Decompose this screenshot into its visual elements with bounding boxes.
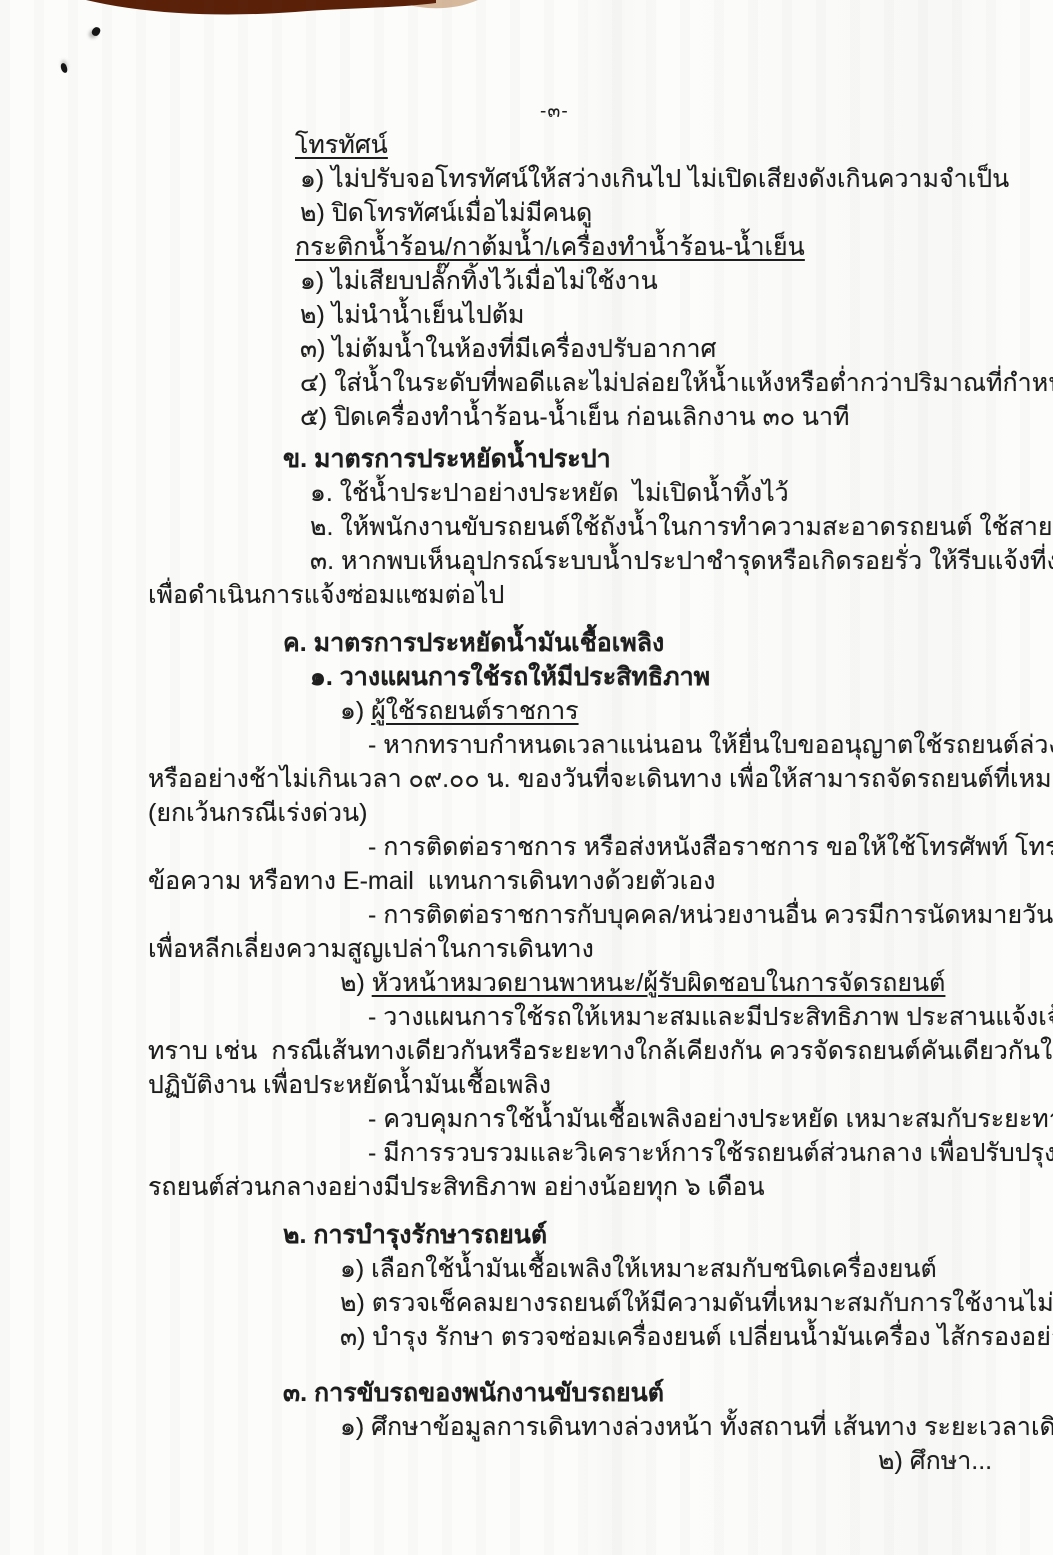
doc-line: ๓. หากพบเห็นอุปกรณ์ระบบน้ำประปาชำรุดหรือ… [310, 544, 1053, 578]
doc-line: - การติดต่อราชการกับบุคคล/หน่วยงานอื่น ค… [368, 898, 1053, 932]
doc-line: ๒) ศึกษา... [878, 1444, 1053, 1478]
doc-line: (ยกเว้นกรณีเร่งด่วน) [148, 796, 1053, 830]
doc-line: กระติกน้ำร้อน/กาต้มน้ำ/เครื่องทำน้ำร้อน-… [295, 230, 1053, 264]
doc-line: - ควบคุมการใช้น้ำมันเชื้อเพลิงอย่างประหย… [368, 1102, 1053, 1136]
doc-line: ๓) บำรุง รักษา ตรวจซ่อมเครื่องยนต์ เปลี่… [340, 1320, 1053, 1354]
doc-line: - มีการรวบรวมและวิเคราะห์การใช้รถยนต์ส่ว… [368, 1136, 1053, 1170]
scan-edge-strip [86, 0, 436, 14]
doc-line: ๑. ใช้น้ำประปาอย่างประหยัด ไม่เปิดน้ำทิ้… [310, 476, 1053, 510]
doc-line: - หากทราบกำหนดเวลาแน่นอน ให้ยื่นใบขออนุญ… [368, 728, 1053, 762]
doc-line: รถยนต์ส่วนกลางอย่างมีประสิทธิภาพ อย่างน้… [148, 1170, 1053, 1204]
doc-line: เพื่อหลีกเลี่ยงความสูญเปล่าในการเดินทาง [148, 932, 1053, 966]
doc-line: ๑) เลือกใช้น้ำมันเชื้อเพลิงให้เหมาะสมกับ… [340, 1252, 1053, 1286]
ink-mark [60, 62, 68, 73]
ink-mark [91, 26, 101, 37]
doc-line: ๑. วางแผนการใช้รถให้มีประสิทธิภาพ [310, 660, 1053, 694]
doc-line: ข้อความ หรือทาง E-mail แทนการเดินทางด้วย… [148, 864, 1053, 898]
doc-line: ปฏิบัติงาน เพื่อประหยัดน้ำมันเชื้อเพลิง [148, 1068, 1053, 1102]
doc-line: ๒) ไม่นำน้ำเย็นไปต้ม [300, 298, 1053, 332]
doc-line: ๒) ปิดโทรทัศน์เมื่อไม่มีคนดู [300, 196, 1053, 230]
line-underlined-text: ผู้ใช้รถยนต์ราชการ [371, 697, 578, 725]
doc-line: ๓) ไม่ต้มน้ำในห้องที่มีเครื่องปรับอากาศ [300, 332, 1053, 366]
doc-line: ค. มาตรการประหยัดน้ำมันเชื้อเพลิง [283, 626, 1053, 660]
line-underlined-text: หัวหน้าหมวดยานพาหนะ/ผู้รับผิดชอบในการจัด… [372, 969, 946, 997]
document-body: โทรทัศน์๑) ไม่ปรับจอโทรทัศน์ให้สว่างเกิน… [0, 128, 1053, 1478]
page-number: -๓- [540, 96, 569, 126]
doc-line: - วางแผนการใช้รถให้เหมาะสมและมีประสิทธิภ… [368, 1000, 1053, 1034]
doc-line: ๑) ไม่ปรับจอโทรทัศน์ให้สว่างเกินไป ไม่เป… [300, 162, 1053, 196]
doc-line: ๑) ศึกษาข้อมูลการเดินทางล่วงหน้า ทั้งสถา… [340, 1410, 1053, 1444]
doc-line: ๒) ตรวจเช็คลมยางรถยนต์ให้มีความดันที่เหม… [340, 1286, 1053, 1320]
scan-edge-artifact [0, 0, 520, 22]
scanned-document-page: -๓- โทรทัศน์๑) ไม่ปรับจอโทรทัศน์ให้สว่าง… [0, 0, 1053, 1555]
doc-line: ข. มาตรการประหยัดน้ำประปา [283, 442, 1053, 476]
doc-line: หรืออย่างช้าไม่เกินเวลา ๐๙.๐๐ น. ของวันท… [148, 762, 1053, 796]
doc-line: ๔) ใส่น้ำในระดับที่พอดีและไม่ปล่อยให้น้ำ… [300, 366, 1053, 400]
doc-line-underlined-heading: ๑) ผู้ใช้รถยนต์ราชการ [340, 694, 1053, 728]
doc-line: เพื่อดำเนินการแจ้งซ่อมแซมต่อไป [148, 578, 1053, 612]
doc-line-underlined-heading: ๒) หัวหน้าหมวดยานพาหนะ/ผู้รับผิดชอบในการ… [340, 966, 1053, 1000]
doc-line: - การติดต่อราชการ หรือส่งหนังสือราชการ ข… [368, 830, 1053, 864]
line-number-prefix: ๒) [340, 969, 372, 997]
doc-line: ๕) ปิดเครื่องทำน้ำร้อน-น้ำเย็น ก่อนเลิกง… [300, 400, 1053, 434]
doc-line: ทราบ เช่น กรณีเส้นทางเดียวกันหรือระยะทาง… [148, 1034, 1053, 1068]
line-number-prefix: ๑) [340, 697, 371, 725]
doc-line: ๑) ไม่เสียบปลั๊กทิ้งไว้เมื่อไม่ใช้งาน [300, 264, 1053, 298]
doc-line: โทรทัศน์ [295, 128, 1053, 162]
doc-line: ๒. ให้พนักงานขับรถยนต์ใช้ถังน้ำในการทำคว… [310, 510, 1053, 544]
doc-line: ๒. การบำรุงรักษารถยนต์ [283, 1218, 1053, 1252]
doc-line: ๓. การขับรถของพนักงานขับรถยนต์ [283, 1376, 1053, 1410]
